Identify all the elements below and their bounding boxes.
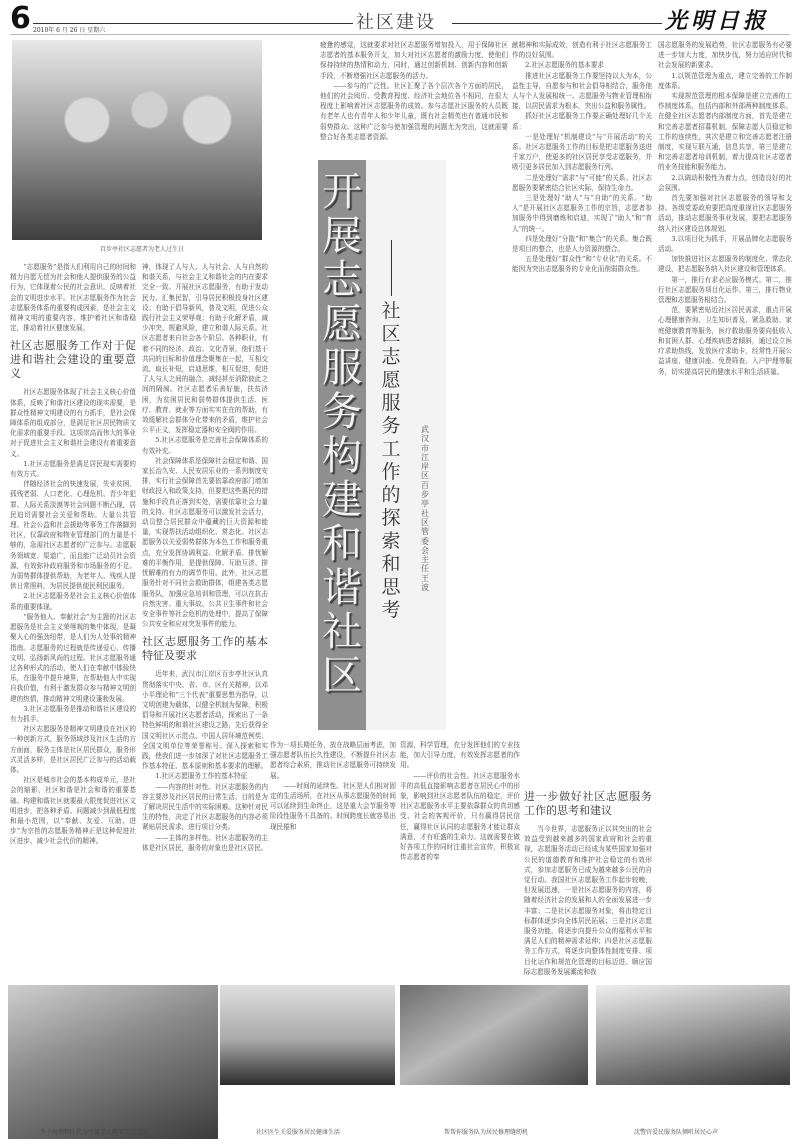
article-column-3-left-bottom: 作为一项长期任务，放在战略层面考虑，加强志愿者队伍长久性建设，不断提升社区志愿者… [270, 740, 396, 970]
paragraph: ——主体的多样性。社区志愿服务的主体是社区居民，服务的对象也是社区居民。 [142, 833, 268, 853]
paragraph: 1.社区志愿服务是满足居民现实需要的有效方式。 [10, 459, 136, 479]
paragraph: 一是处理好“机制建设”与“开展活动”的关系。社区志愿服务工作的目标是把志愿服务送… [512, 132, 652, 173]
article-column-4: 献精神和实际成效，创造有利于社区志愿服务工作的良好氛围。 2.社区志愿服务的基本… [512, 40, 652, 780]
newspaper-logo: 光明日报 [665, 4, 769, 35]
paragraph: 近年来，武汉市江岸区百步亭社区认真贯彻落实中央、省、市、区有关精神，以邓小平理论… [142, 669, 268, 771]
paragraph: 5.社区志愿服务是完善社会保障体系的有效补充。 [142, 435, 268, 455]
bottom-photo-4-caption: 沈警官爱民服务队倾听居民心声 [634, 1127, 718, 1136]
paragraph: 资源，科学管理，充分发挥他们的专业技能，加大引导力度，有效发挥志愿者的作用。 [400, 740, 520, 771]
byline: 武汉市江岸区百步亭社区管委会主任 王 波 [420, 425, 430, 592]
paragraph: 社会保障体系是保障社会稳定和谐、国家长治久安、人民安居乐业的一系列制度安排，实行… [142, 456, 268, 629]
paragraph: 当今世界，志愿服务正以其突出的社会效益受到越来越多的国家政府和社会的重视，志愿服… [524, 824, 652, 975]
article-column-3-top: 疲惫的感觉，这就要求对社区志愿服务增加投入，用于保障社区志愿者的基本服务开支，加… [320, 40, 508, 152]
paragraph: 社区志愿服务体现了社会主义核心价值体系，反映了和谐社区建设的现实需要，是群众性精… [10, 387, 136, 458]
paragraph: 作为一项长期任务，放在战略层面考虑，加强志愿者队伍长久性建设，不断提升社区志愿者… [270, 740, 396, 781]
paragraph: 2.社区志愿服务是社会主义核心价值体系的重要体现。 [10, 591, 136, 611]
bottom-photo-3 [400, 985, 588, 1085]
issue-date: 2010年 6 月 26 日 星期六 [33, 25, 105, 34]
bottom-photo-2 [220, 985, 395, 1085]
section-heading: 社区志愿服务工作对于促进和谐社会建设的重要意义 [10, 339, 136, 381]
article-column-2: 神，体现了人与人、人与社会、人与自然的和谐关系，与社会主义和谐社会的内在要求完全… [142, 262, 268, 962]
paragraph: 伴随经济社会的快速发展，失业贫困、孤残老弱、人口老化、心理危机、青少年犯罪、人际… [10, 479, 136, 591]
bottom-photo-1 [8, 985, 218, 1139]
section-heading: 社区志愿服务工作的基本特征及要求 [142, 635, 268, 663]
paragraph: 1.以规范管理为重点，建立完善的工作制度体系。 [658, 71, 792, 91]
paragraph: 1.社区志愿服务工作的基本特征 [142, 771, 268, 781]
paragraph: 四是处理好“分散”和“集合”的关系。集合既是项目的整合，也是人力资源的整合。 [512, 234, 652, 254]
paragraph: 五是处理好“群众性”和“专业化”的关系。不能因为突出志愿服务的专业化而削弱群众性… [512, 254, 652, 274]
article-column-4-bottom: 进一步做好社区志愿服务工作的思考和建议 当今世界，志愿服务正以其突出的社会效益受… [524, 790, 652, 975]
paragraph: 3.社区志愿服务是推动和谐社区建设的有力抓手。 [10, 704, 136, 724]
section-title: 社区建设 [356, 8, 436, 34]
paragraph: 实现规范管理的根本保障是建立完善的工作制度体系，包括内部和外部两种制度体系。在健… [658, 91, 792, 173]
masthead-rule-left [33, 23, 353, 24]
masthead: 6 2010年 6 月 26 日 星期六 社区建设 光明日报 [10, 4, 790, 34]
subtitle-dash [391, 240, 392, 296]
paragraph: 第一，推行有求必应服务模式。第二，推行社区志愿服务项目化运作。第三，推行物业管理… [658, 275, 792, 306]
article-column-5: 国志愿服务的发展趋势，社区志愿服务有必要进一步加大力度，加快步伐，努力适应时代和… [658, 40, 792, 975]
paragraph: 2.以调动积极性为着力点，创造良好的社会氛围。 [658, 173, 792, 193]
subtitle-background [366, 160, 446, 730]
bottom-photo-1-caption: 李小海购物队代为空巢老人购买生活用品 [40, 1127, 148, 1136]
masthead-rule-right [452, 23, 662, 24]
paragraph: 社区志愿服务是精神文明建设在社区的一种创新方式，服务领域涉及社区生活的方方面面，… [10, 724, 136, 775]
paragraph: 首先要加强对社区志愿服务的领导和支持。各级党委政府要把高度重视社区志愿服务活动，… [658, 193, 792, 234]
page-number: 6 [10, 4, 29, 34]
bottom-photo-2-caption: 社区医生关爱服务居民健康生活 [256, 1127, 340, 1136]
paragraph: 3.以项目化为抓手，开展品牌化志愿服务活动。 [658, 234, 792, 254]
paragraph: 社区是城市社会的基本构成单元，是社会的缩影，社区和谐是社会和谐的重要基础。构建和… [10, 775, 136, 846]
paragraph: 2.社区志愿服务的基本要求 [512, 60, 652, 70]
paragraph: 二是处理好“需求”与“可能”的关系。社区志愿服务要紧密结合社区实际，保持生命力。 [512, 173, 652, 193]
paragraph: ——时间的延续性。社区是人们相对固定的生活场所，在社区从事志愿服务的时间可以延续… [270, 781, 396, 832]
paragraph: ——内容的针对性。社区志愿服务的内容主要涉及社区居民的日常生活，目的是为了解决居… [142, 782, 268, 833]
paragraph: ——参与的广泛性。社区汇聚了各个层次各个方面的居民，他们的社会阅历、受教育程度、… [320, 81, 508, 142]
article-column-1: “志愿服务”是指人们利用自己的时间和精力自愿无偿为社会和他人提供服务的公益行为，… [10, 262, 136, 962]
paragraph: 国志愿服务的发展趋势，社区志愿服务有必要进一步加大力度，加快步伐，努力适应时代和… [658, 40, 792, 71]
paragraph: 三是处理好“助人”与“自助”的关系。“助人”是开展社区志愿服务工作的宗旨，志愿者… [512, 193, 652, 234]
paragraph: 推进社区志愿服务工作要坚持以人为本，公益性主导，自愿参与和社会倡导相结合，服务他… [512, 71, 652, 112]
paragraph: 抓好社区志愿服务工作要正确处理好几个关系： [512, 111, 652, 131]
paragraph: 神，体现了人与人、人与社会、人与自然的和谐关系，与社会主义和谐社会的内在要求完全… [142, 262, 268, 435]
masthead-divider [10, 34, 790, 35]
paragraph: “服务他人、奉献社会”为主题的社区志愿服务是社会主义荣辱观的集中体现，是凝聚人心… [10, 612, 136, 704]
main-photo [12, 40, 262, 240]
paragraph: 范，要紧密贴近社区居民需求，重点开展心理健康咨询、卫生知识普及、紧急救助、家庭健… [658, 305, 792, 376]
section-heading: 进一步做好社区志愿服务工作的思考和建议 [524, 790, 652, 818]
paragraph: 加快推进社区志愿服务的制度化、常态化建设，把志愿服务纳入社区建设和管理体系。 [658, 254, 792, 274]
paragraph: “志愿服务”是指人们利用自己的时间和精力自愿无偿为社会和他人提供服务的公益行为，… [10, 262, 136, 333]
article-column-3-bottom: 资源，科学管理，充分发挥他们的专业技能，加大引导力度，有效发挥志愿者的作用。 —… [400, 740, 520, 970]
bottom-photo-4 [596, 985, 790, 1085]
main-headline: 开展志愿服务 构建和谐社区 [318, 170, 366, 698]
bottom-photo-3-caption: 帮帮你服务队为居民修理缝纫机 [444, 1127, 528, 1136]
subtitle: 社区志愿服务工作的探索和思考 [380, 300, 402, 622]
main-photo-caption: 百步亭社区志愿者为老人过生日 [100, 244, 184, 253]
paragraph: ——评价的社会性。社区志愿服务水平的高低直接影响志愿者在居民心中的形象，影响到社… [400, 771, 520, 863]
paragraph: 疲惫的感觉，这就要求对社区志愿服务增加投入，用于保障社区志愿者的基本服务开支，加… [320, 40, 508, 81]
paragraph: 献精神和实际成效，创造有利于社区志愿服务工作的良好氛围。 [512, 40, 652, 60]
